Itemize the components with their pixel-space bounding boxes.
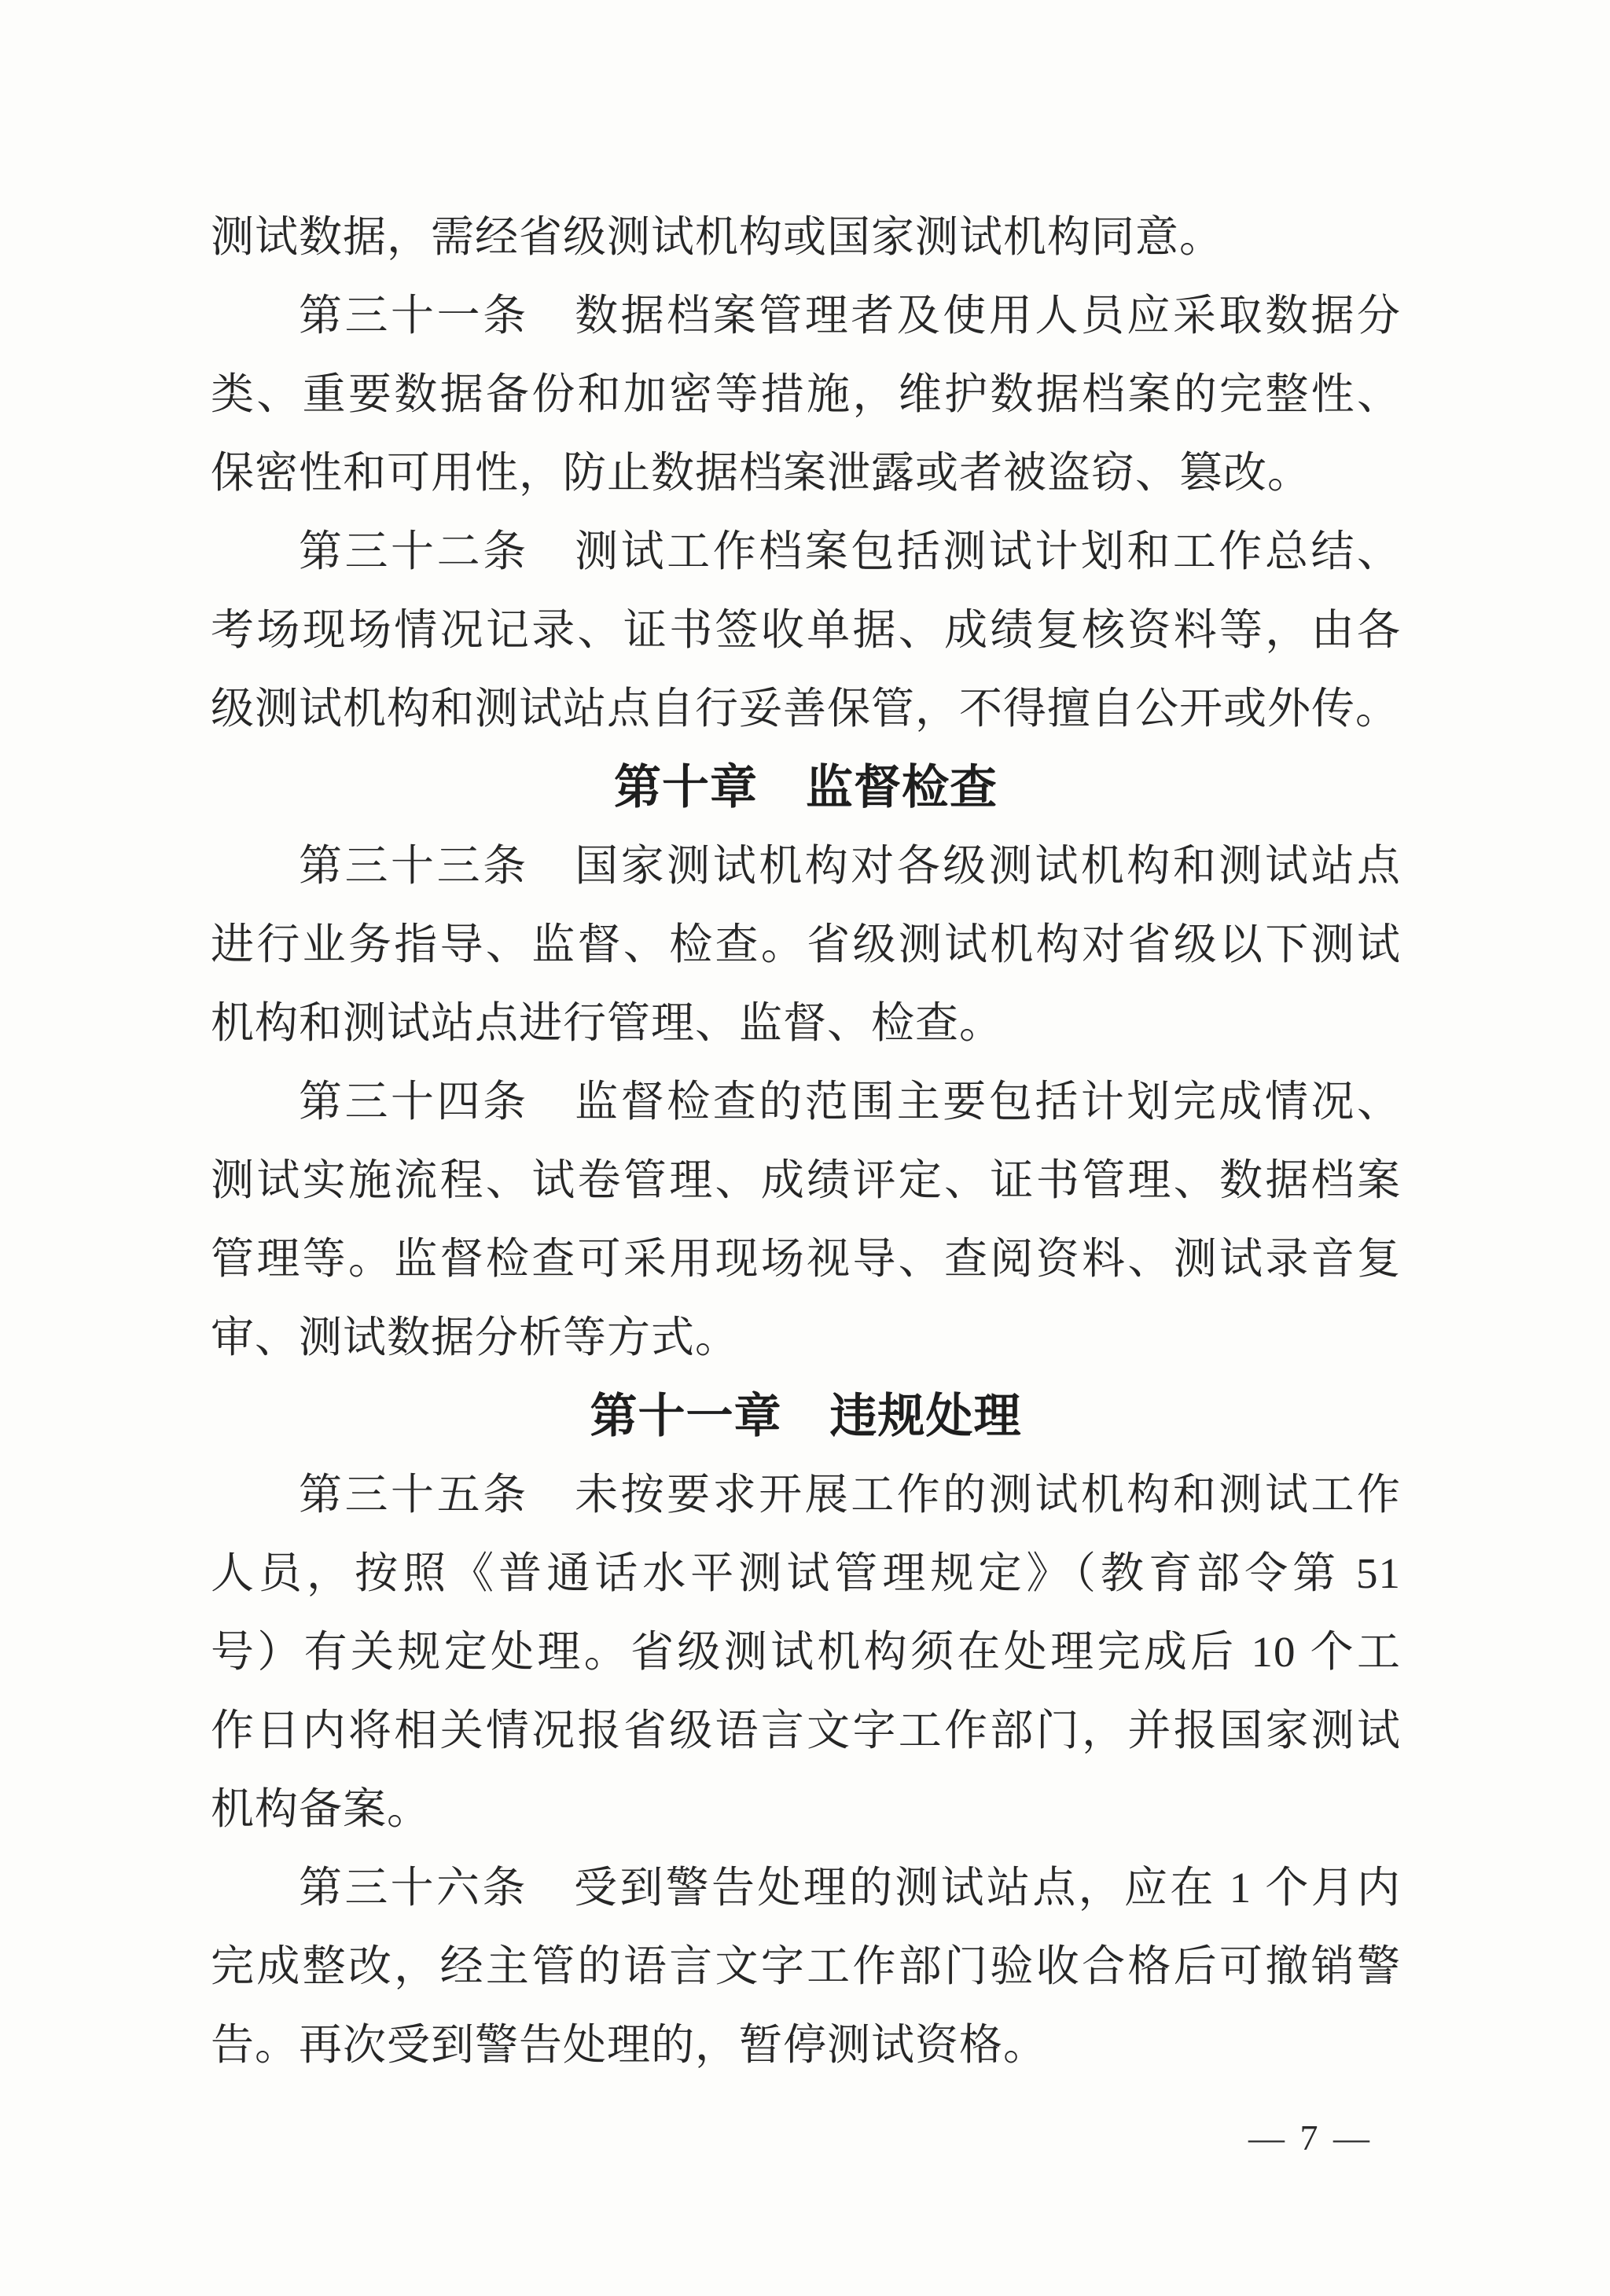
text-line: 考场现场情况记录、证书签收单据、成绩复核资料等，由各: [211, 591, 1401, 670]
text-line: 第三十六条 受到警告处理的测试站点，应在 1 个月内: [211, 1849, 1401, 1927]
text-line: 测试数据，需经省级测试机构或国家测试机构同意。: [211, 198, 1401, 277]
text-line: 审、测试数据分析等方式。: [211, 1299, 1401, 1377]
text-line: 进行业务指导、监督、检查。省级测试机构对省级以下测试: [211, 906, 1401, 984]
text-line: 保密性和可用性，防止数据档案泄露或者被盗窃、篡改。: [211, 434, 1401, 512]
page-number: — 7 —: [1248, 2116, 1373, 2160]
document-body: 测试数据，需经省级测试机构或国家测试机构同意。第三十一条 数据档案管理者及使用人…: [211, 198, 1401, 2085]
text-line: 管理等。监督检查可采用现场视导、查阅资料、测试录音复: [211, 1220, 1401, 1299]
chapter-heading: 第十章 监督检查: [211, 748, 1401, 827]
text-line: 类、重要数据备份和加密等措施，维护数据档案的完整性、: [211, 355, 1401, 434]
text-line: 第三十二条 测试工作档案包括测试计划和工作总结、: [211, 512, 1401, 591]
text-line: 第三十五条 未按要求开展工作的测试机构和测试工作: [211, 1456, 1401, 1534]
text-line: 完成整改，经主管的语言文字工作部门验收合格后可撤销警: [211, 1927, 1401, 2006]
document-page: 测试数据，需经省级测试机构或国家测试机构同意。第三十一条 数据档案管理者及使用人…: [0, 0, 1610, 2296]
text-line: 人员，按照《普通话水平测试管理规定》（教育部令第 51: [211, 1534, 1401, 1613]
text-line: 号）有关规定处理。省级测试机构须在处理完成后 10 个工: [211, 1613, 1401, 1692]
text-line: 机构和测试站点进行管理、监督、检查。: [211, 984, 1401, 1063]
text-line: 级测试机构和测试站点自行妥善保管，不得擅自公开或外传。: [211, 670, 1401, 748]
text-line: 第三十一条 数据档案管理者及使用人员应采取数据分: [211, 277, 1401, 355]
chapter-heading: 第十一章 违规处理: [211, 1377, 1401, 1456]
text-line: 第三十三条 国家测试机构对各级测试机构和测试站点: [211, 827, 1401, 906]
text-line: 测试实施流程、试卷管理、成绩评定、证书管理、数据档案: [211, 1141, 1401, 1220]
text-line: 告。再次受到警告处理的，暂停测试资格。: [211, 2006, 1401, 2085]
text-line: 机构备案。: [211, 1770, 1401, 1849]
text-line: 作日内将相关情况报省级语言文字工作部门，并报国家测试: [211, 1692, 1401, 1770]
text-line: 第三十四条 监督检查的范围主要包括计划完成情况、: [211, 1063, 1401, 1141]
